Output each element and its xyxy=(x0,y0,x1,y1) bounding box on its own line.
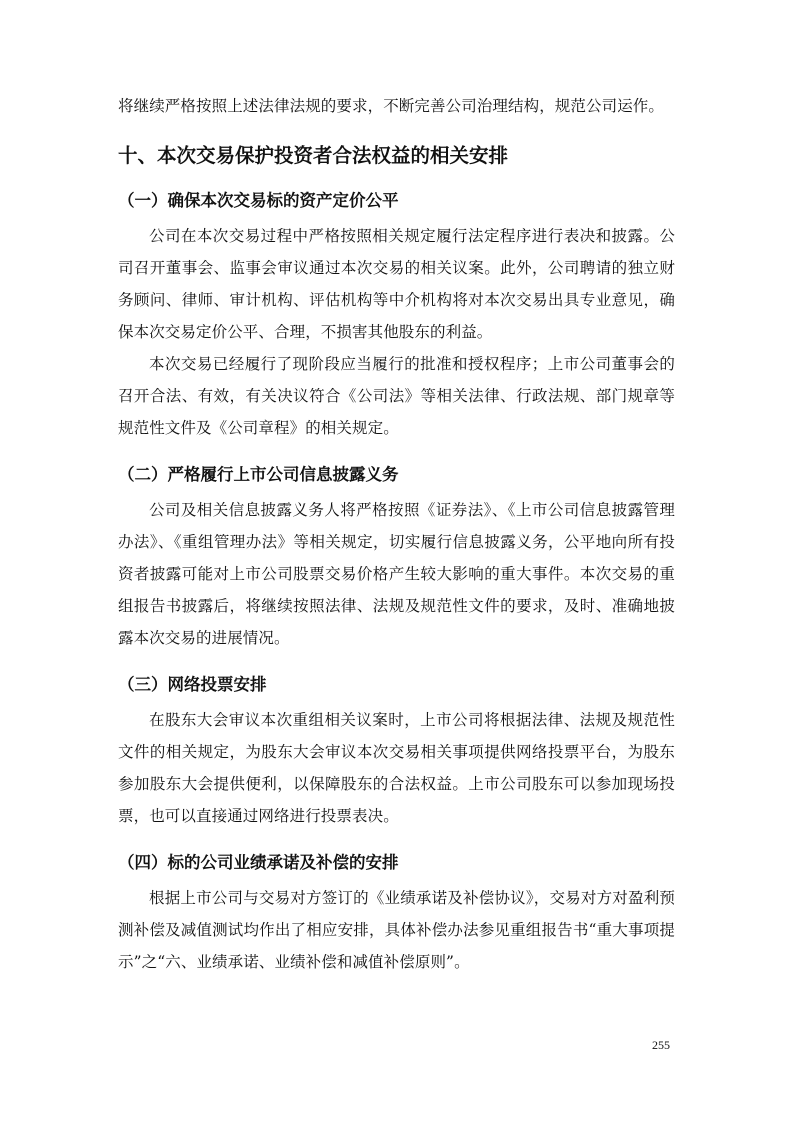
paragraph: 公司及相关信息披露义务人将严格按照《证券法》、《上市公司信息披露管理办法》、《重… xyxy=(118,494,675,654)
lead-paragraph: 将继续严格按照上述法律法规的要求，不断完善公司治理结构，规范公司运作。 xyxy=(118,90,675,122)
document-page: 将继续严格按照上述法律法规的要求，不断完善公司治理结构，规范公司运作。 十、本次… xyxy=(0,0,793,1122)
subsection-heading-1: （一）确保本次交易标的资产定价公平 xyxy=(118,188,675,214)
paragraph: 在股东大会审议本次重组相关议案时，上市公司将根据法律、法规及规范性文件的相关规定… xyxy=(118,704,675,832)
page-content: 将继续严格按照上述法律法规的要求，不断完善公司治理结构，规范公司运作。 十、本次… xyxy=(118,90,675,978)
subsection-heading-2: （二）严格履行上市公司信息披露义务 xyxy=(118,462,675,488)
paragraph: 本次交易已经履行了现阶段应当履行的批准和授权程序；上市公司董事会的召开合法、有效… xyxy=(118,348,675,444)
subsection-heading-3: （三）网络投票安排 xyxy=(118,672,675,698)
section-heading: 十、本次交易保护投资者合法权益的相关安排 xyxy=(118,142,675,170)
paragraph: 公司在本次交易过程中严格按照相关规定履行法定程序进行表决和披露。公司召开董事会、… xyxy=(118,220,675,348)
page-number: 255 xyxy=(630,1038,670,1053)
paragraph: 根据上市公司与交易对方签订的《业绩承诺及补偿协议》，交易对方对盈利预测补偿及减值… xyxy=(118,882,675,978)
subsection-heading-4: （四）标的公司业绩承诺及补偿的安排 xyxy=(118,850,675,876)
